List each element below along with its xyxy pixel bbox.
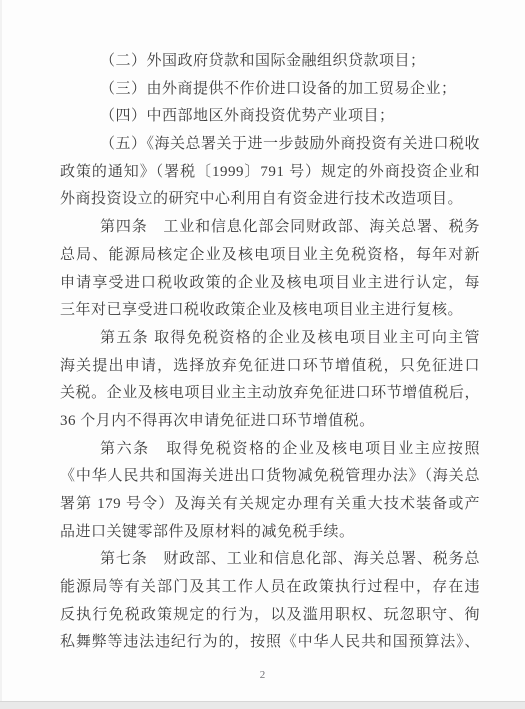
text-line: 关税。企业及核电项目业主主动放弃免征进口环节增值税后， bbox=[60, 380, 480, 408]
text-line: 申请享受进口税收政策的企业及核电项目业主进行认定，每 bbox=[60, 270, 480, 298]
text-line: 三年对已享受进口税收政策企业及核电项目业主进行复核。 bbox=[60, 297, 480, 325]
document-page: （二）外国政府贷款和国际金融组织贷款项目；（三）由外商提供不作价进口设备的加工贸… bbox=[0, 0, 525, 709]
text-line: 政策的通知》（署税〔1999〕791 号）规定的外商投资企业和 bbox=[60, 159, 480, 187]
text-line: 反执行免税政策规定的行为，以及滥用职权、玩忽职守、徇 bbox=[60, 602, 480, 630]
text-line: （二）外国政府贷款和国际金融组织贷款项目； bbox=[60, 48, 480, 76]
text-line: （五）《海关总署关于进一步鼓励外商投资有关进口税收 bbox=[60, 131, 480, 159]
text-line: 品进口关键零部件及原材料的减免税手续。 bbox=[60, 519, 480, 547]
text-line: 第五条 取得免税资格的企业及核电项目业主可向主管 bbox=[60, 325, 480, 353]
text-line: 《中华人民共和国海关进出口货物减免税管理办法》（海关总 bbox=[60, 463, 480, 491]
text-line: 第四条 工业和信息化部会同财政部、海关总署、税务 bbox=[60, 214, 480, 242]
page-number: 2 bbox=[0, 669, 525, 681]
text-line: （四）中西部地区外商投资优势产业项目； bbox=[60, 103, 480, 131]
text-line: 署第 179 号令）及海关有关规定办理有关重大技术装备或产 bbox=[60, 491, 480, 519]
text-line: 36 个月内不得再次申请免征进口环节增值税。 bbox=[60, 408, 480, 436]
text-line: （三）由外商提供不作价进口设备的加工贸易企业； bbox=[60, 76, 480, 104]
text-line: 私舞弊等违法违纪行为的，按照《中华人民共和国预算法》、 bbox=[60, 629, 480, 657]
document-body-text: （二）外国政府贷款和国际金融组织贷款项目；（三）由外商提供不作价进口设备的加工贸… bbox=[60, 48, 480, 657]
text-line: 第六条 取得免税资格的企业及核电项目业主应按照 bbox=[60, 436, 480, 464]
text-line: 外商投资设立的研究中心利用自有资金进行技术改造项目。 bbox=[60, 186, 480, 214]
text-line: 能源局等有关部门及其工作人员在政策执行过程中，存在违 bbox=[60, 574, 480, 602]
text-line: 海关提出申请，选择放弃免征进口环节增值税，只免征进口 bbox=[60, 353, 480, 381]
scan-left-edge bbox=[0, 0, 2, 709]
text-line: 总局、能源局核定企业及核电项目业主免税资格，每年对新 bbox=[60, 242, 480, 270]
text-line: 第七条 财政部、工业和信息化部、海关总署、税务总局、 bbox=[60, 546, 480, 574]
scan-bottom-edge bbox=[0, 701, 525, 709]
